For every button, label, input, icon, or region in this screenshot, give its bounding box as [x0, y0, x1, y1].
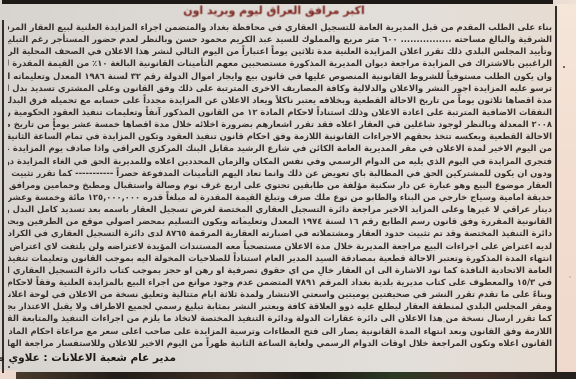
body-line: القانون اعلاه وتكون المراجعة خلال اوقات …	[8, 337, 552, 349]
notice-title: اكبر مرافق العراق ليوم وبريد اون	[0, 4, 548, 19]
body-line: حديقة امامية وسياج خارجي من البناء والطا…	[8, 191, 552, 203]
body-line: وتأييد المجلس البلدي ذلك تقرر اعلان المز…	[8, 45, 552, 57]
scan-margin-right	[557, 4, 576, 379]
body-line: فتجري المزايدة في اليوم الذي يليه من الد…	[8, 155, 552, 167]
body-line: من اليوم الاخير لمدة الاعلان في مقر المد…	[8, 142, 552, 154]
scan-noise-speck	[563, 66, 565, 68]
body-line: القانونية المقررة وفق قانون رسم الطابع ر…	[8, 215, 552, 227]
body-line: دينار عراقي لا غيرها وعلى المزايد الاخير…	[8, 203, 552, 215]
body-line: العقار موضوع البيع وهو عبارة عن دار سكني…	[8, 179, 552, 191]
frame-border-right	[555, 6, 557, 372]
body-line: ترسو عليه المزايدة اجور النشر والاعلان و…	[8, 82, 552, 94]
body-line: الاحالة القطعية وبعكسه تتخذ بحقهم الاجرا…	[8, 130, 552, 142]
body-line: العامة الاتحادية النافذة كما نود الاشارة…	[8, 264, 552, 276]
bottom-dark-strip	[16, 372, 576, 379]
signature-line: مدير عام شعبة الاعلانات : علاوي طلال لبي…	[6, 352, 176, 368]
body-line: انتهاء المدة المذكورة وتعتبر الاحالة قطع…	[8, 252, 552, 264]
body-line: النفقات الاضافية المترتبة على اعادة الاع…	[8, 106, 552, 118]
frame-border-left	[2, 20, 4, 373]
body-line: الشرقية والبالغ مساحته ................ …	[8, 33, 552, 45]
body-line: ٢٠٠٨ المعدلة وبالنظر لوجود شاغلين في الع…	[8, 118, 552, 130]
body-line: وان يكون الطلب مستوفياً للشروط القانونية…	[8, 70, 552, 82]
body-line: الراغبين بالاشتراك في المزايدة مراجعة دي…	[8, 57, 552, 69]
body-line: ودون ان يكون للمشتركين الحق في المطالبة …	[8, 167, 552, 179]
notice-body: بناء على الطلب المقدم من قبل المديرية ال…	[8, 21, 552, 351]
body-line: ومقر المجلس البلدي لمنطقة العقار ليطلع ع…	[8, 300, 552, 312]
body-line: مدة اقصاها ثلاثون يوماً من تاريخ الاحالة…	[8, 94, 552, 106]
body-line: بناء على الطلب المقدم من قبل المديرية ال…	[8, 21, 552, 33]
body-line: في ١٥/٣ والمعطوف على كتاب مديرية بلدية ب…	[8, 276, 552, 288]
body-line: وبناءً على ما تقدم تقرر النشر في صحيفتين…	[8, 288, 552, 300]
scanned-notice-page: اكبر مرافق العراق ليوم وبريد اون بناء عل…	[0, 0, 576, 379]
body-line: لديه اعتراض على اجراءات البيع مراجعة الم…	[8, 240, 552, 252]
body-line: اللازمة وفق القانون وبعد انتهاء المدة ال…	[8, 325, 552, 337]
body-line: كما تقرر ارسال نسخة من هذا الاعلان الى د…	[8, 312, 552, 324]
body-line: دائرة التنفيذ المختصة وقد تم تثبيت حدود …	[8, 227, 552, 239]
